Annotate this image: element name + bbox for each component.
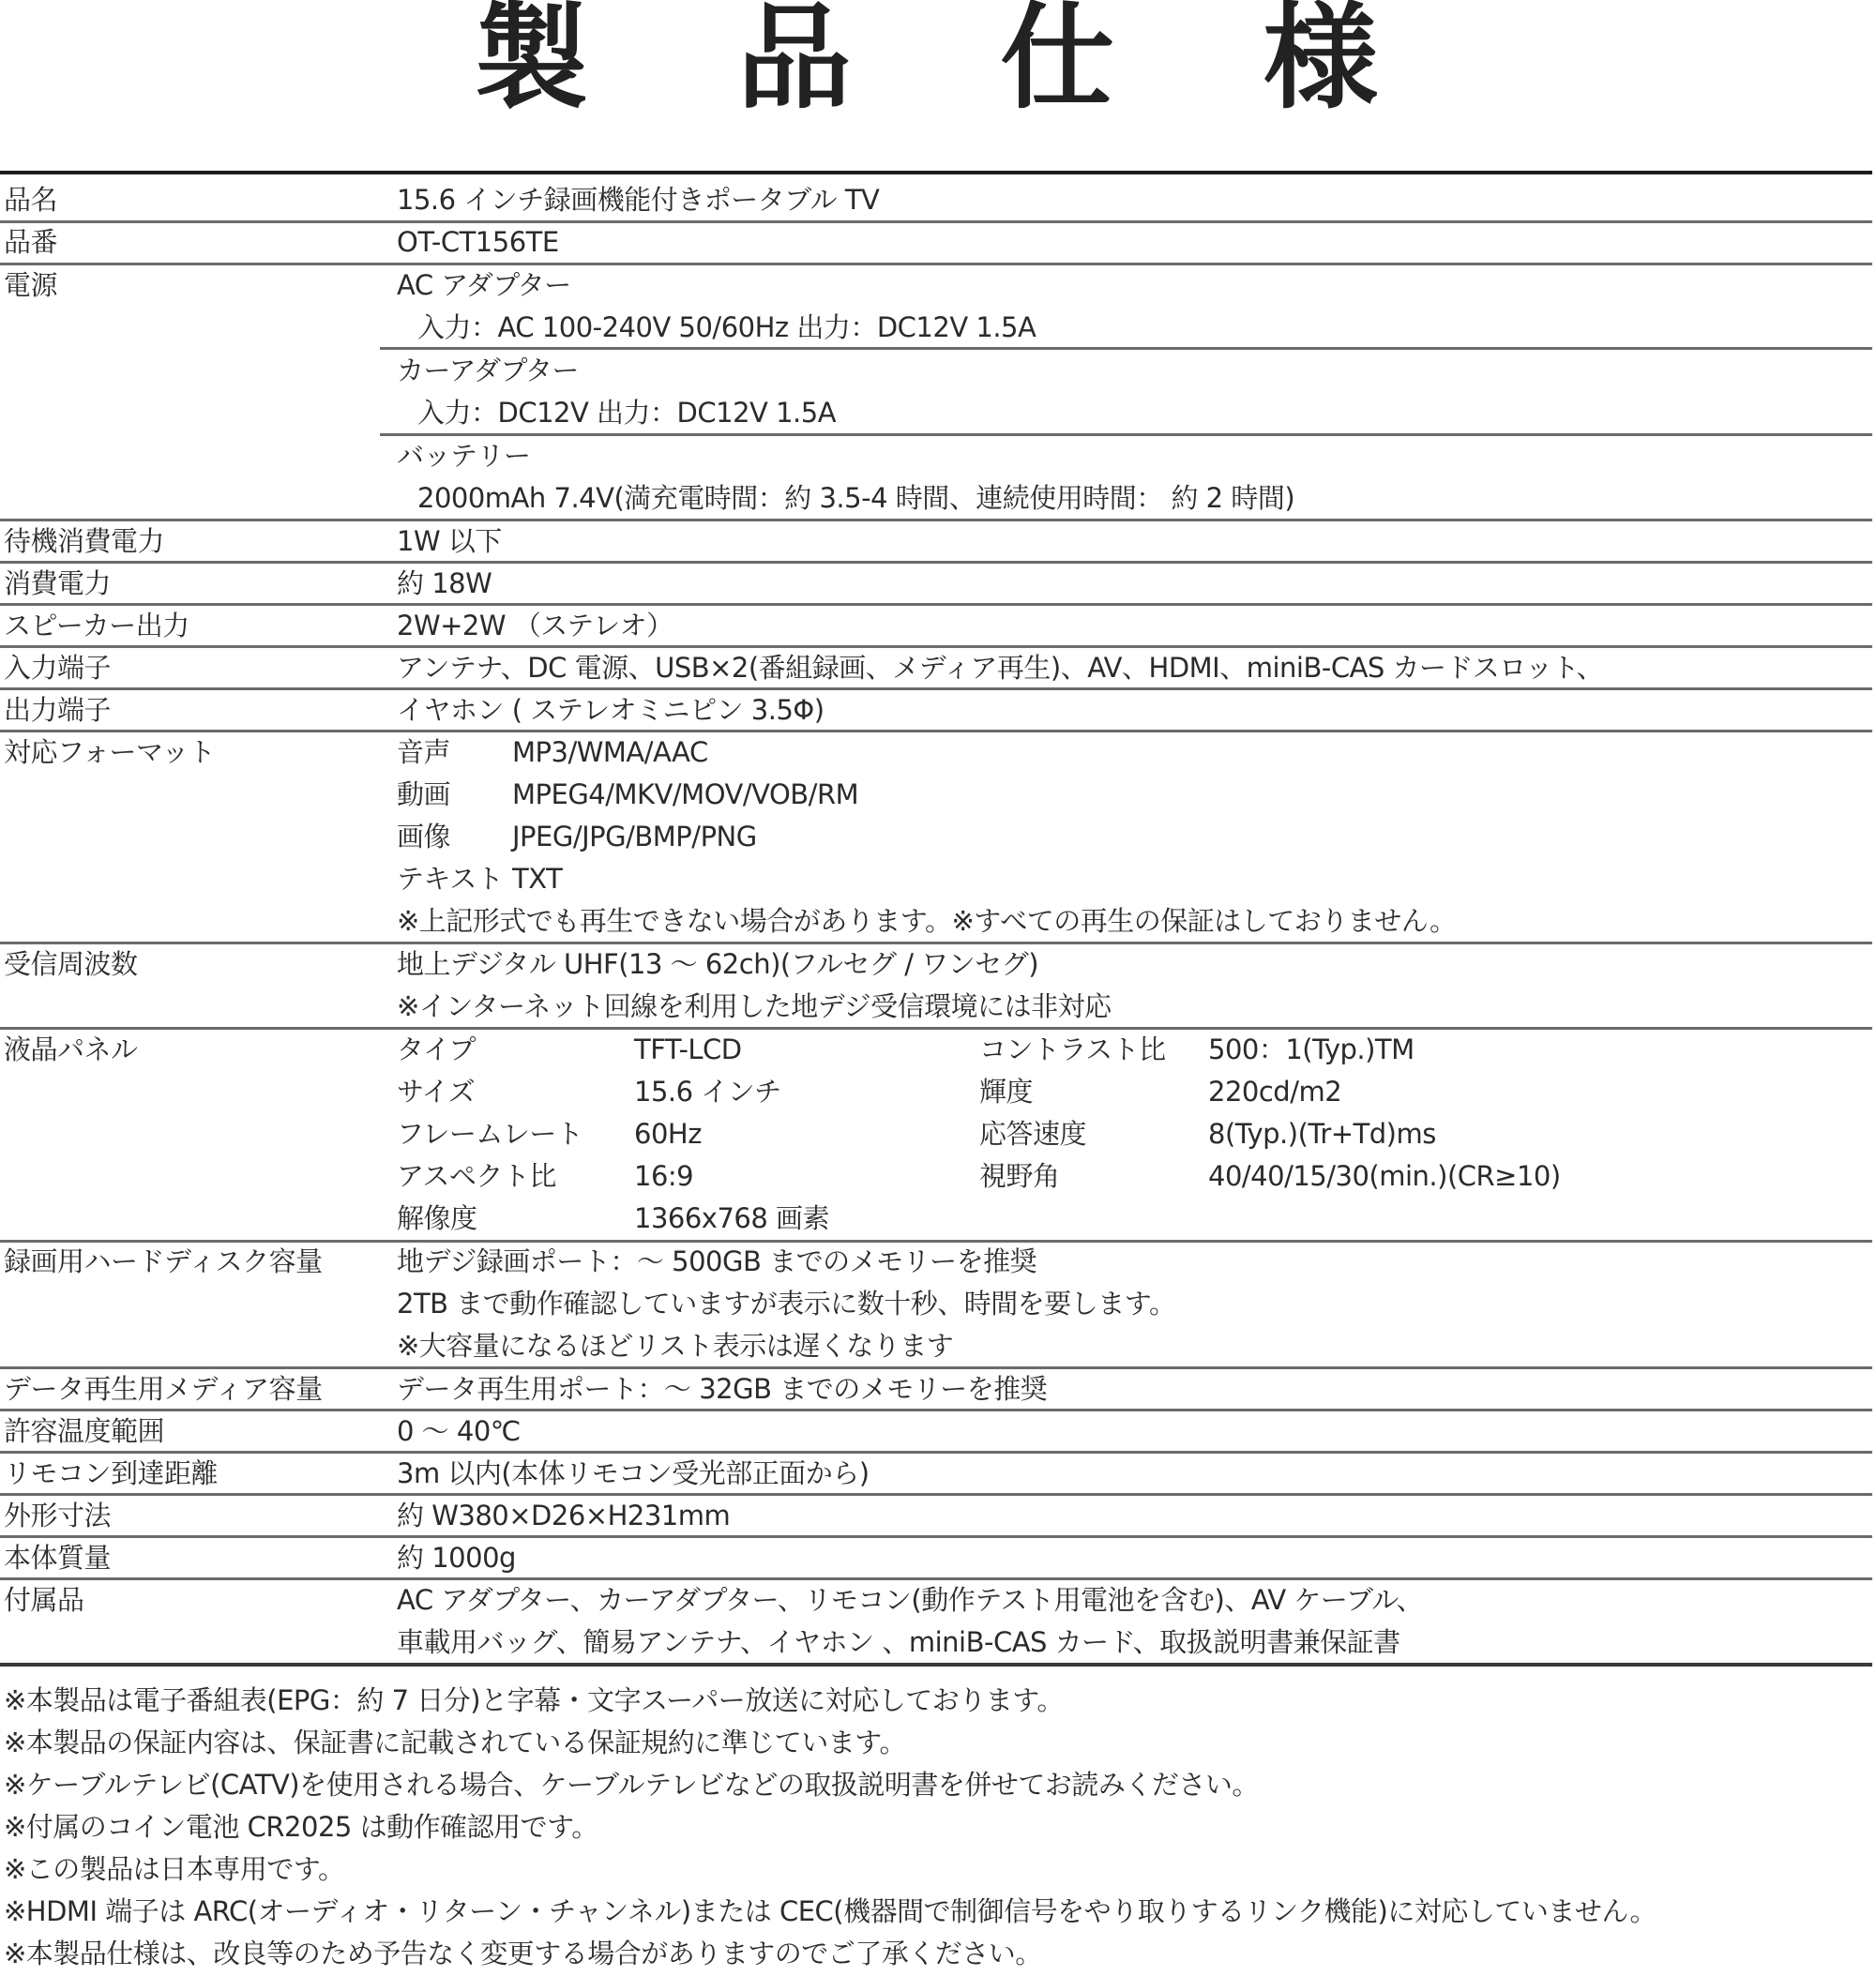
format-value: JPEG/JPG/BMP/PNG bbox=[512, 816, 757, 858]
lcd-key: フレームレート bbox=[397, 1113, 582, 1155]
lcd-value: 500：1(Typ.)TM bbox=[1208, 1029, 1415, 1071]
frequency-note: ※インターネット回線を利用した地デジ受信環境には非対応 bbox=[397, 986, 1112, 1028]
spec-label-power: 電源 bbox=[4, 264, 57, 307]
accessories-line: 車載用バッグ、簡易アンテナ、イヤホン 、miniB-CAS カード、取扱説明書兼… bbox=[397, 1622, 1400, 1664]
hdd-line: 2TB まで動作確認していますが表示に数十秒、時間を要します。 bbox=[397, 1283, 1175, 1325]
row-divider bbox=[0, 1451, 1872, 1454]
footnote: ※ケーブルテレビ(CATV)を使用される場合、ケーブルテレビなどの取扱説明書を併… bbox=[4, 1764, 1259, 1806]
formats-note: ※上記形式でも再生できない場合があります。※すべての再生の保証はしておりません。 bbox=[397, 900, 1456, 943]
table-top-rule bbox=[0, 171, 1872, 174]
row-divider bbox=[0, 603, 1872, 606]
spec-label-media: データ再生用メディア容量 bbox=[4, 1368, 323, 1410]
footnote: ※付属のコイン電池 CR2025 は動作確認用です。 bbox=[4, 1806, 598, 1848]
spec-power-battery-detail: 2000mAh 7.4V(満充電時間：約 3.5-4 時間、連続使用時間： 約 … bbox=[417, 477, 1294, 520]
spec-value-remote: 3m 以内(本体リモコン受光部正面から) bbox=[397, 1453, 870, 1495]
lcd-key: タイプ bbox=[397, 1029, 476, 1071]
spec-power-car-detail: 入力：DC12V 出力：DC12V 1.5A bbox=[417, 392, 836, 434]
spec-value-dimensions: 約 W380×D26×H231mm bbox=[397, 1495, 730, 1537]
spec-label-remote: リモコン到達距離 bbox=[4, 1453, 218, 1495]
row-divider bbox=[0, 730, 1872, 732]
row-divider bbox=[0, 1027, 1872, 1030]
footnote: ※本製品の保証内容は、保証書に記載されている保証規約に準じています。 bbox=[4, 1722, 906, 1764]
row-divider bbox=[0, 263, 1872, 265]
spec-label-lcd: 液晶パネル bbox=[4, 1029, 138, 1071]
format-value: TXT bbox=[512, 858, 562, 900]
spec-value-consumption: 約 18W bbox=[397, 563, 492, 605]
format-value: MP3/WMA/AAC bbox=[512, 732, 708, 774]
spec-power-ac-detail: 入力：AC 100-240V 50/60Hz 出力：DC12V 1.5A bbox=[417, 307, 1036, 349]
page-title: 製 品 仕 様 bbox=[0, 0, 1876, 131]
spec-power-battery-title: バッテリー bbox=[397, 435, 531, 477]
format-type: 動画 bbox=[397, 774, 450, 816]
lcd-key: 視野角 bbox=[979, 1155, 1060, 1198]
spec-label-input: 入力端子 bbox=[4, 647, 111, 689]
spec-label-name: 品名 bbox=[4, 179, 57, 221]
spec-label-hdd: 録画用ハードディスク容量 bbox=[4, 1241, 323, 1283]
lcd-value: 16:9 bbox=[634, 1155, 693, 1198]
spec-label-speaker: スピーカー出力 bbox=[4, 605, 189, 647]
format-type: 音声 bbox=[397, 732, 450, 774]
spec-value-speaker: 2W+2W （ステレオ） bbox=[397, 605, 673, 647]
accessories-line: AC アダプター、カーアダプター、リモコン(動作テスト用電池を含む)、AV ケー… bbox=[397, 1579, 1423, 1622]
hdd-line: 地デジ録画ポート：～ 500GB までのメモリーを推奨 bbox=[397, 1241, 1036, 1283]
spec-value-weight: 約 1000g bbox=[397, 1537, 516, 1579]
lcd-value: 1366x768 画素 bbox=[634, 1198, 829, 1240]
format-type: 画像 bbox=[397, 816, 450, 858]
footnote: ※本製品は電子番組表(EPG：約 7 日分)と字幕・文字スーパー放送に対応してお… bbox=[4, 1680, 1064, 1722]
spec-power-car-title: カーアダプター bbox=[397, 350, 579, 392]
lcd-value: TFT-LCD bbox=[634, 1029, 742, 1071]
spec-value-name: 15.6 インチ録画機能付きポータブル TV bbox=[397, 179, 879, 221]
lcd-key: 輝度 bbox=[979, 1071, 1033, 1113]
lcd-key: アスペクト比 bbox=[397, 1155, 556, 1198]
footnote: ※HDMI 端子は ARC(オーディオ・リターン・チャンネル)または CEC(機… bbox=[4, 1891, 1657, 1933]
row-divider bbox=[0, 1535, 1872, 1538]
spec-value-standby: 1W 以下 bbox=[397, 520, 502, 563]
row-divider bbox=[0, 687, 1872, 690]
spec-label-weight: 本体質量 bbox=[4, 1537, 111, 1579]
lcd-key: コントラスト比 bbox=[979, 1029, 1166, 1071]
lcd-value: 15.6 インチ bbox=[634, 1071, 781, 1113]
spec-value-media: データ再生用ポート：～ 32GB までのメモリーを推奨 bbox=[397, 1368, 1047, 1410]
lcd-key: サイズ bbox=[397, 1071, 475, 1113]
lcd-value: 60Hz bbox=[634, 1113, 702, 1155]
format-type: テキスト bbox=[397, 858, 503, 900]
lcd-key: 応答速度 bbox=[979, 1113, 1086, 1155]
spec-value-model: OT-CT156TE bbox=[397, 221, 559, 264]
spec-label-consumption: 消費電力 bbox=[4, 563, 111, 605]
spec-value-output: イヤホン ( ステレオミニピン 3.5Φ) bbox=[397, 689, 825, 732]
spec-label-standby: 待機消費電力 bbox=[4, 520, 164, 563]
table-bottom-rule bbox=[0, 1663, 1872, 1667]
spec-label-frequency: 受信周波数 bbox=[4, 943, 138, 986]
row-divider bbox=[0, 519, 1872, 521]
spec-value-temperature: 0 ～ 40℃ bbox=[397, 1410, 521, 1453]
footnote: ※この製品は日本専用です。 bbox=[4, 1848, 344, 1891]
spec-label-dimensions: 外形寸法 bbox=[4, 1495, 111, 1537]
spec-label-formats: 対応フォーマット bbox=[4, 732, 215, 774]
hdd-line: ※大容量になるほどリスト表示は遅くなります bbox=[397, 1325, 953, 1367]
lcd-value: 40/40/15/30(min.)(CR≥10) bbox=[1208, 1155, 1561, 1198]
spec-power-ac-title: AC アダプター bbox=[397, 264, 571, 307]
spec-label-model: 品番 bbox=[4, 221, 57, 264]
row-divider bbox=[0, 1409, 1872, 1411]
spec-label-output: 出力端子 bbox=[4, 689, 111, 732]
spec-value-frequency: 地上デジタル UHF(13 ～ 62ch)(フルセグ / ワンセグ) bbox=[397, 943, 1038, 986]
spec-value-input: アンテナ、DC 電源、USB×2(番組録画、メディア再生)、AV、HDMI、mi… bbox=[397, 647, 1603, 689]
row-divider bbox=[0, 220, 1872, 223]
row-divider bbox=[0, 1493, 1872, 1496]
sub-row-divider bbox=[380, 433, 1872, 436]
lcd-value: 8(Typ.)(Tr+Td)ms bbox=[1208, 1113, 1436, 1155]
sub-row-divider bbox=[380, 347, 1872, 350]
footnote: ※本製品仕様は、改良等のため予告なく変更する場合がありますのでご了承ください。 bbox=[4, 1933, 1042, 1975]
lcd-key: 解像度 bbox=[397, 1198, 477, 1240]
spec-label-temperature: 許容温度範囲 bbox=[4, 1410, 164, 1453]
format-value: MPEG4/MKV/MOV/VOB/RM bbox=[512, 774, 858, 816]
lcd-value: 220cd/m2 bbox=[1208, 1071, 1341, 1113]
row-divider bbox=[0, 561, 1872, 564]
spec-label-accessories: 付属品 bbox=[4, 1579, 84, 1622]
